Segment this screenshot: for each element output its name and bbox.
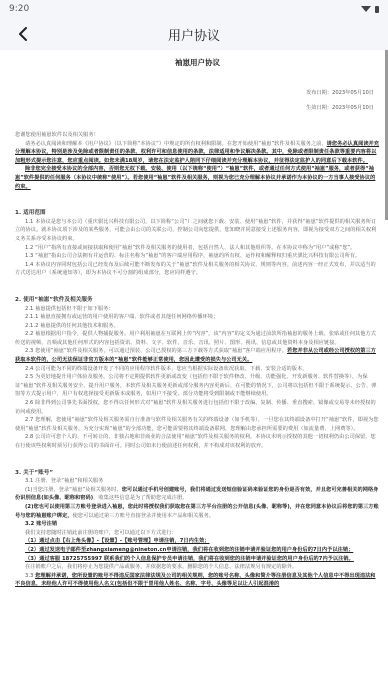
paragraph: 2.2 袖崽根据用户指令，提供人物捕捉服务。用户利用袖崽在互联网上传“内容”，该… xyxy=(15,330,380,347)
cancel-method-2: （2）通过发送电子邮件至zhangxiameng@nineton.cn申请注销，… xyxy=(15,546,380,555)
paragraph: 2.4 公司可能为不同的终端设备开发了不同的应用程序软件版本，您应当根据实际设备… xyxy=(15,365,380,374)
paragraph-3-1-1: (1)当您注册、登录“袖崽”及相关服务时，您可以通过手机号创建账号，我们将通过发… xyxy=(15,486,380,503)
intro-p1-text: 请务必认真阅读和理解本《用户协议》（以下简称“本协议”）中规定的所有权利和限制。… xyxy=(25,141,327,147)
intro-paragraph-1: 请务必认真阅读和理解本《用户协议》（以下简称“本协议”）中规定的所有权利和限制。… xyxy=(15,140,380,166)
text: (1)当您注册、登录“袖崽”及相关服务时， xyxy=(25,487,122,493)
subsection-heading: 3.2 账号注销 xyxy=(15,520,380,529)
paragraph: 我们支持您随时注销此前注册的账户，您可以通过以下方式进行： xyxy=(15,529,380,538)
status-bar: 9:20 xyxy=(0,0,388,18)
effective-date: 生效日期：2023年05月10日 xyxy=(15,105,374,112)
paragraph: 2.5 为更好地提升用户体验及服务，公司将不定期提供软件更新或改变（包括但不限于… xyxy=(15,373,380,399)
paragraph-3-1-2: (2)您也可以使用第三方账号登录进入袖崽，您此时将授权我们获取您在第三方平台注册… xyxy=(15,503,380,520)
wifi-icon xyxy=(361,6,371,12)
status-icons xyxy=(361,6,379,13)
intro-section: 您谢您使用袖崽软件以及相关服务！ 请务必认真阅读和理解本《用户协议》（以下简称“… xyxy=(15,131,380,191)
bold-text: 您理解并承诺，您所设置的账号不得违反国家法律法规及公司的相关规则，您的账号名称、… xyxy=(15,573,376,588)
paragraph: 2.6 除非得到公司事先书面授权，您不得以任何形式对“袖崽”软件及相关服务进行包… xyxy=(15,399,380,416)
chevron-left-icon xyxy=(18,27,28,41)
paragraph: 1.2 “用户”指所有直接或间接获取和使用“袖崽”软件及相关服务的使用者，包括自… xyxy=(15,244,380,253)
battery-icon xyxy=(375,6,379,13)
page-title: 用户协议 xyxy=(168,25,220,44)
publish-date: 发布日期：2023年05月10日 xyxy=(15,90,374,97)
section-1: 1. 适用范围 1.1 本协议是您与本公司（重庆骐比兴科技有限公司，以下简称“公… xyxy=(15,209,380,278)
section-2: 2. 使用“袖崽”软件及相关服务 2.1 袖崽提供包括但不限于如下服务： 2.1… xyxy=(15,296,380,451)
cancel-method-3: （3）通过客服 18725755997 联系我们的个人信息保护专员申请注销，我们… xyxy=(15,555,380,564)
document-title: 袖崽用户协议 xyxy=(15,57,380,73)
paragraph: 2.1.2 袖崽提供的任何其他技术和服务。 xyxy=(15,322,380,331)
p23-text: 2.3 您使用“袖崽”软件及相关服务，可以通过预装、公司已授权的第三方下载等方式… xyxy=(25,348,287,354)
cancel-method-1: （1）通过点击【右上角头像】-【设置】-【账号管理】申请注销，7日内生效； xyxy=(15,537,380,546)
text: 3.3 xyxy=(25,573,35,579)
greeting: 您谢您使用袖崽软件以及相关服务！ xyxy=(15,131,380,140)
subsection-heading: 3.1 注册、登录“袖崽”和相关服务 xyxy=(15,477,380,486)
section-3: 3. 关于“账号” 3.1 注册、登录“袖崽”和相关服务 (1)当您注册、登录“… xyxy=(15,469,380,589)
nav-bar: 用户协议 xyxy=(0,18,388,50)
back-button[interactable] xyxy=(14,25,32,43)
paragraph-3-3: 3.3 您理解并承诺，您所设置的账号不得违反国家法律法规及公司的相关规则，您的账… xyxy=(15,572,380,589)
text: ，收集这些信息是为了帮助您完成注册。 xyxy=(93,495,187,501)
paragraph: 在注销账户之后，我们将停止为您提供产品或服务，并依据您的要求，删除您的个人信息，… xyxy=(15,563,380,572)
section-heading: 3. 关于“账号” xyxy=(15,469,380,478)
paragraph: 1.1 本协议是您与本公司（重庆骐比兴科技有限公司，以下简称“公司”）之间就您下… xyxy=(15,218,380,244)
section-heading: 1. 适用范围 xyxy=(15,209,380,218)
paragraph: 1.3 “袖崽”指由公司合法拥有并运营的、标注名称为“袖崽”的客户端应用程序，袖… xyxy=(15,252,380,261)
status-time: 9:20 xyxy=(9,4,29,14)
paragraph: 1.4 本协议内容同时包括公司已经发布及后续可能不断发布的关于“袖崽”软件及相关… xyxy=(15,261,380,278)
paragraph: 2.8 公司许可您个人的、不可转让的、非独占地和非商业的合法使用“袖崽”软件及相… xyxy=(15,433,380,450)
text: 使您可以通过第三方账号直接登录并使用本产品和相关服务。 xyxy=(73,513,214,519)
paragraph: 2.1.1 袖崽直接拥有或运营的用户使用的客户端、软件或者其他任何网络传播环境； xyxy=(15,313,380,322)
paragraph: 2.7 您理解，您使用“袖崽”软件及相关服务需自行准备与软件及相关服务有关的终端… xyxy=(15,416,380,433)
section-heading: 2. 使用“袖崽”软件及相关服务 xyxy=(15,296,380,305)
paragraph-2-3: 2.3 您使用“袖崽”软件及相关服务，可以通过预装、公司已授权的第三方下载等方式… xyxy=(15,347,380,364)
agreement-content[interactable]: 袖崽用户协议 发布日期：2023年05月10日 生效日期：2023年05月10日… xyxy=(0,50,388,691)
paragraph: 2.1 袖崽提供包括但不限于如下服务： xyxy=(15,305,380,314)
intro-paragraph-2: 除非您完全接受本协议的全部内容，否则您无权下载、安装、使用（以下统称“使用”）“… xyxy=(15,165,380,191)
